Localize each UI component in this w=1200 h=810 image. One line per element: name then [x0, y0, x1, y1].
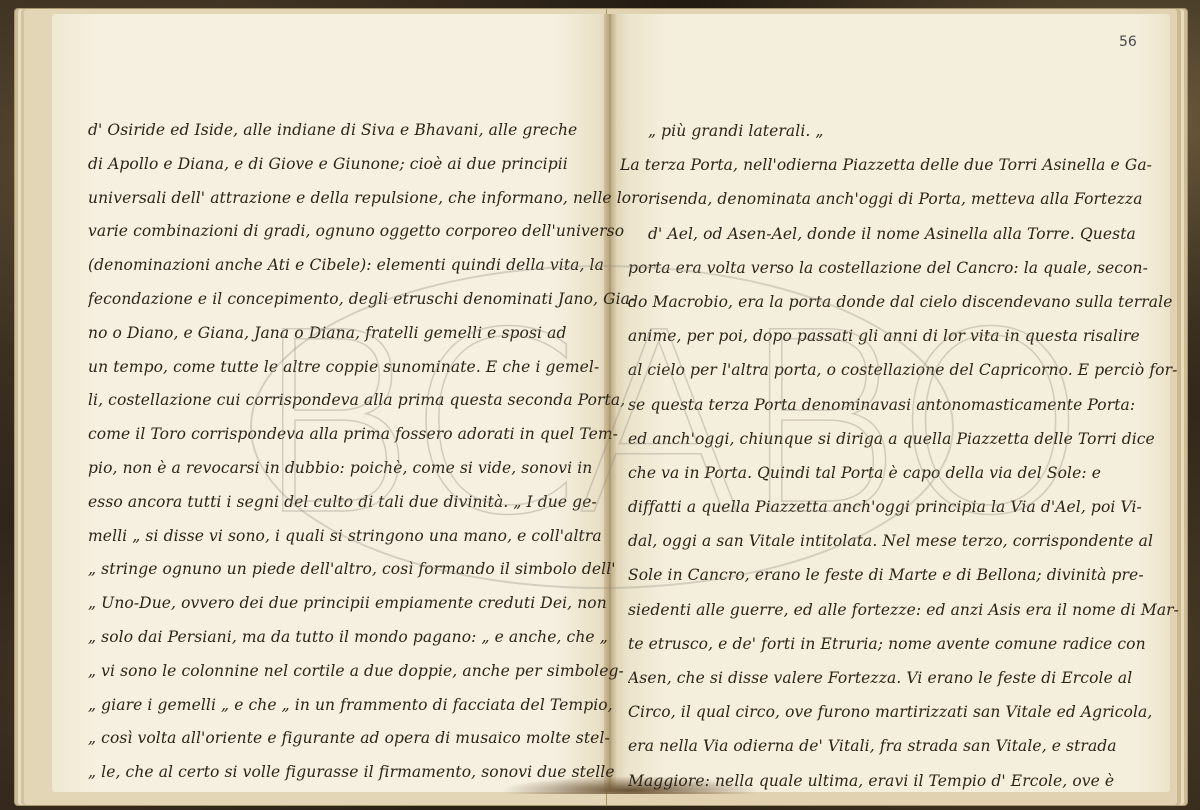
- text-line: anime, per poi, dopo passati gli anni di…: [628, 319, 1179, 353]
- text-line: Sole in Cancro, erano le feste di Marte …: [628, 558, 1179, 592]
- text-line: come il Toro corrispondeva alla prima fo…: [88, 418, 648, 452]
- text-line: porta era volta verso la costellazione d…: [628, 251, 1179, 285]
- text-line: „ solo dai Persiani, ma da tutto il mond…: [88, 621, 648, 655]
- text-line: pio, non è a revocarsi in dubbio: poichè…: [88, 452, 648, 486]
- text-line: universali dell' attrazione e della repu…: [88, 182, 648, 216]
- text-line: Maggiore: nella quale ultima, eravi il T…: [628, 764, 1179, 798]
- right-page-text: „ più grandi laterali. „ La terza Porta,…: [628, 114, 1179, 798]
- text-line: melli „ si disse vi sono, i quali si str…: [88, 520, 648, 554]
- text-line: siedenti alle guerre, ed alle fortezze: …: [628, 593, 1179, 627]
- text-line: di Apollo e Diana, e di Giove e Giunone;…: [88, 148, 648, 182]
- text-line: d' Osiride ed Iside, alle indiane di Siv…: [88, 114, 648, 148]
- page-number: 56: [1119, 34, 1137, 50]
- text-line: „ più grandi laterali. „: [628, 114, 1179, 148]
- text-line: fecondazione e il concepimento, degli et…: [88, 283, 648, 317]
- text-line: esso ancora tutti i segni del culto di t…: [88, 486, 648, 520]
- text-line: un tempo, come tutte le altre coppie sun…: [88, 351, 648, 385]
- text-line: „ le, che al certo si volle figurasse il…: [88, 756, 648, 790]
- text-line: varie combinazioni di gradi, ognuno ogge…: [88, 215, 648, 249]
- text-line: do Macrobio, era la porta donde dal ciel…: [628, 285, 1179, 319]
- text-line: „ così volta all'oriente e figurante ad …: [88, 722, 648, 756]
- text-line: era nella Via odierna de' Vitali, fra st…: [628, 729, 1179, 763]
- text-line: al cielo per l'altra porta, o costellazi…: [628, 353, 1179, 387]
- text-line: Circo, il qual circo, ove furono martiri…: [628, 695, 1179, 729]
- text-line: che va in Porta. Quindi tal Porta è capo…: [628, 456, 1179, 490]
- text-line: „ Uno-Due, ovvero dei due principii empi…: [88, 587, 648, 621]
- text-line: li, costellazione cui corrispondeva alla…: [88, 384, 648, 418]
- text-line: „ stringe ognuno un piede dell'altro, co…: [88, 553, 648, 587]
- text-line: se questa terza Porta denominavasi anton…: [628, 388, 1179, 422]
- text-line: diffatti a quella Piazzetta anch'oggi pr…: [628, 490, 1179, 524]
- text-line: risenda, denominata anch'oggi di Porta, …: [628, 182, 1179, 216]
- text-line: „ giare i gemelli „ e che „ in un framme…: [88, 689, 648, 723]
- text-line: (denominazioni anche Ati e Cibele): elem…: [88, 249, 648, 283]
- left-page-text: d' Osiride ed Iside, alle indiane di Siv…: [88, 114, 648, 790]
- text-line: d' Ael, od Asen-Ael, donde il nome Asine…: [628, 217, 1179, 251]
- text-line: no o Diano, e Giana, Jana o Diana, frate…: [88, 317, 648, 351]
- text-line: te etrusco, e de' forti in Etruria; nome…: [628, 627, 1179, 661]
- text-line: Asen, che si disse valere Fortezza. Vi e…: [628, 661, 1179, 695]
- text-line: La terza Porta, nell'odierna Piazzetta d…: [620, 148, 1179, 182]
- text-line: ed anch'oggi, chiunque si diriga a quell…: [628, 422, 1179, 456]
- text-line: dal, oggi a san Vitale intitolata. Nel m…: [628, 524, 1179, 558]
- text-line: „ vi sono le colonnine nel cortile a due…: [88, 655, 648, 689]
